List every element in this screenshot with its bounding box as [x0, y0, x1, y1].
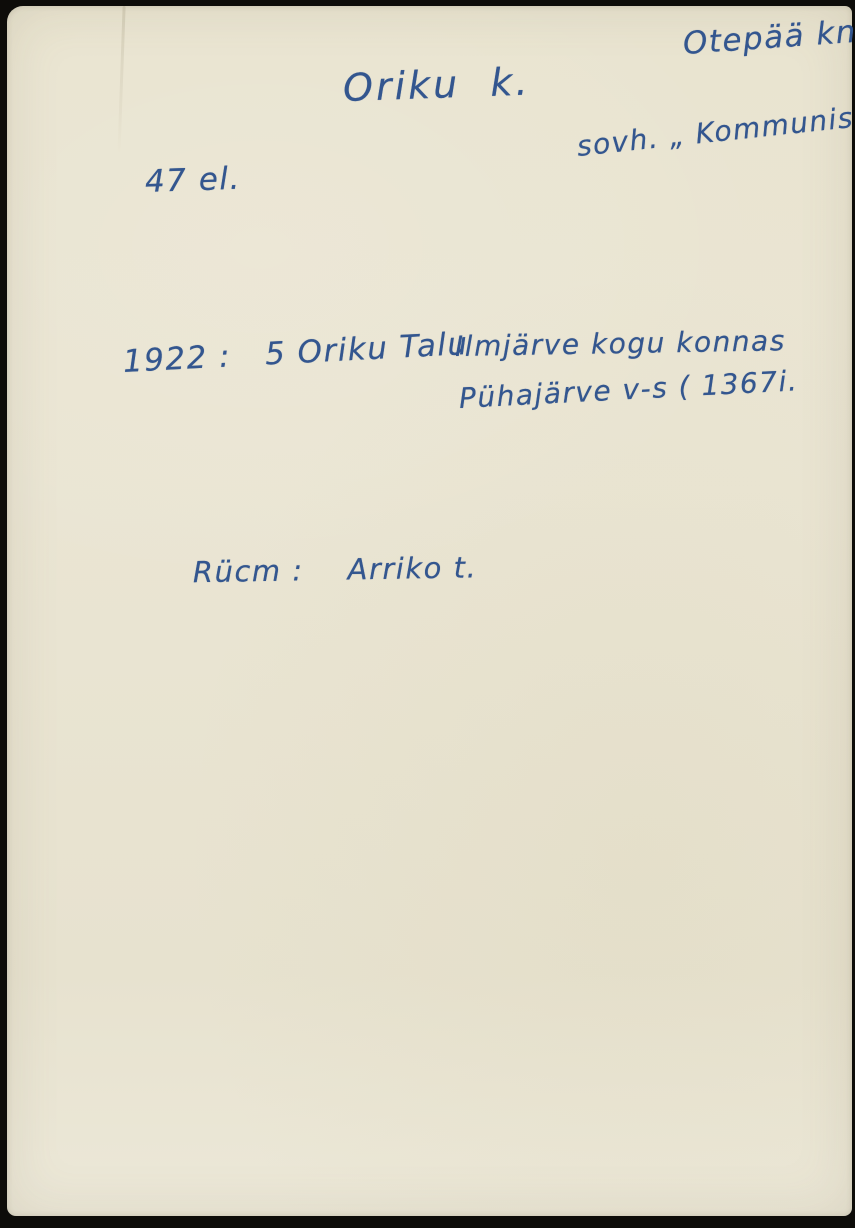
paper-crease	[117, 6, 125, 156]
population-annotation: 47 el.	[144, 161, 241, 200]
variant-name-label: Rücm :	[193, 553, 304, 589]
variant-name-value: Arriko t.	[347, 550, 477, 586]
sovkhoz-annotation: sovh. „ Kommunist“	[575, 98, 855, 163]
parish-annotation: Otepää kn.	[682, 13, 855, 62]
location-line-1: Ilmjärve kogu konnas	[455, 324, 786, 363]
year-entry-line: 1922 : 5 Oriku Talu	[122, 326, 469, 380]
index-card: Otepää kn. Oriku k. sovh. „ Kommunist“ 4…	[7, 6, 852, 1216]
variant-name-line: Rücm :Arriko t.	[149, 516, 478, 624]
location-line-2: Pühajärve v-s ( 1367i.	[458, 364, 799, 415]
spacer	[304, 580, 348, 581]
card-title-place-name: Oriku k.	[342, 59, 531, 110]
